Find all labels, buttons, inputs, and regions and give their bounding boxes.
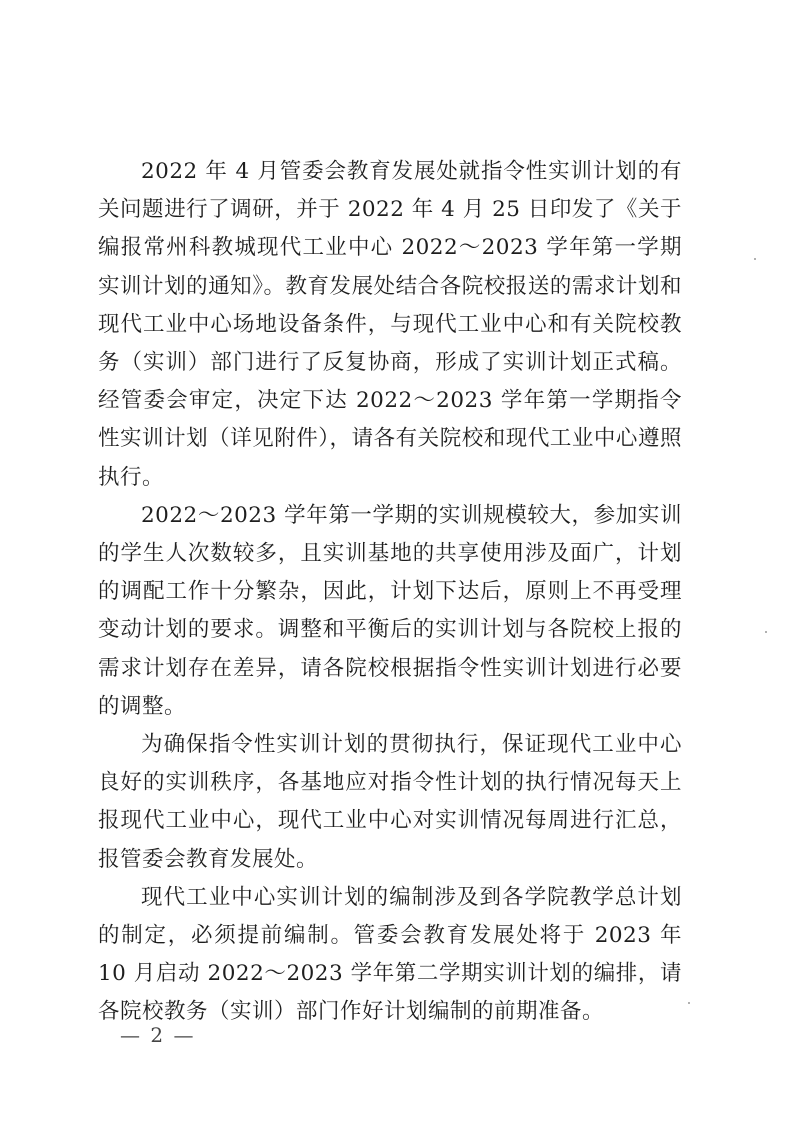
scan-speck: [688, 1002, 690, 1004]
scan-speck: [765, 631, 767, 633]
document-body: 2022 年 4 月管委会教育发展处就指令性实训计划的有关问题进行了调研，并于 …: [98, 153, 682, 1032]
paragraph-scale-and-adjustment: 2022～2023 学年第一学期的实训规模较大，参加实训的学生人次数较多，且实训…: [98, 497, 682, 726]
paragraph-research-and-notice: 2022 年 4 月管委会教育发展处就指令性实训计划的有关问题进行了调研，并于 …: [98, 153, 682, 497]
page-number: — 2 —: [120, 1023, 195, 1047]
paragraph-execution-reporting: 为确保指令性实训计划的贯彻执行，保证现代工业中心良好的实训秩序，各基地应对指令性…: [98, 726, 682, 879]
paragraph-next-semester-planning: 现代工业中心实训计划的编制涉及到各学院教学总计划的制定，必须提前编制。管委会教育…: [98, 879, 682, 1032]
scan-speck: [754, 258, 756, 260]
